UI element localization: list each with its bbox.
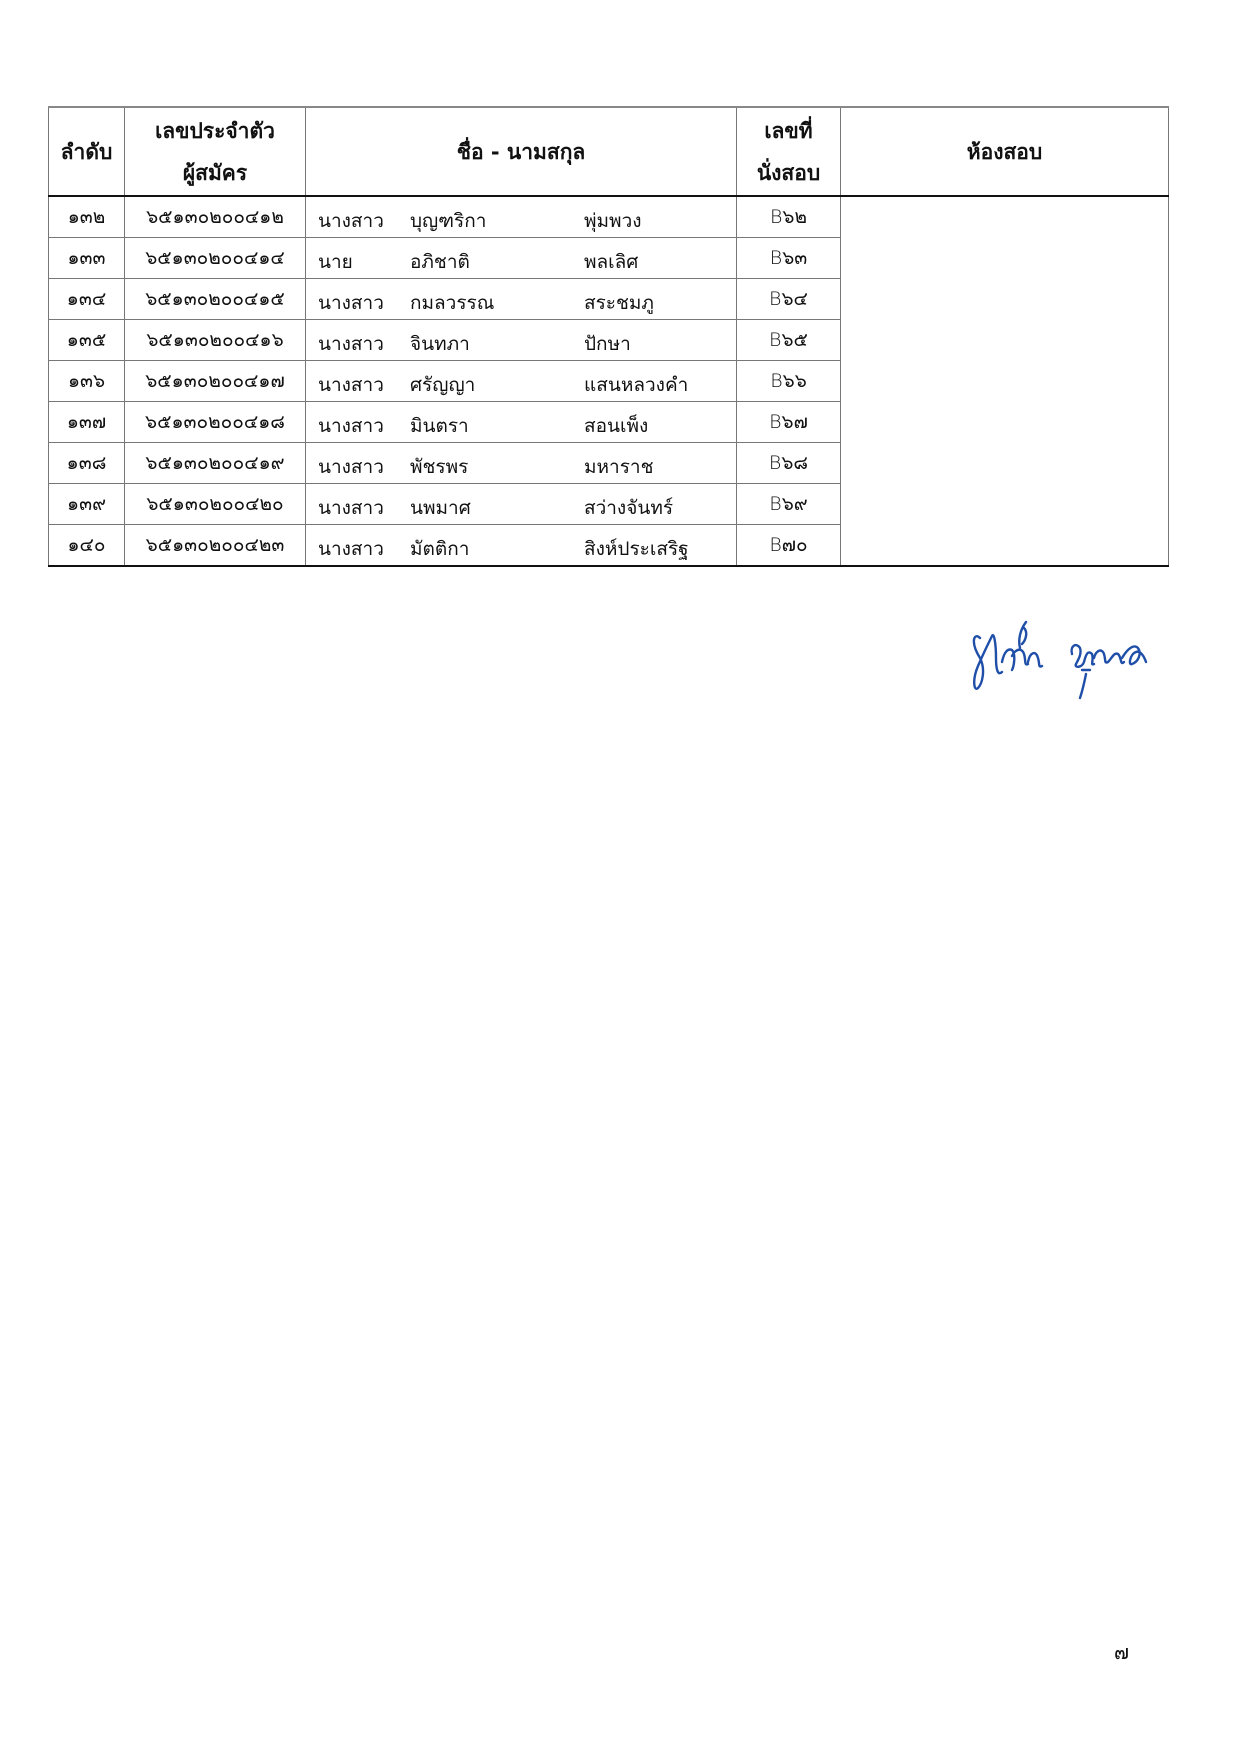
name-cell: นางสาวมินตราสอนเพ็ง	[306, 402, 737, 443]
last-name: มหาราช	[584, 452, 654, 482]
seat-cell: B๖๘	[737, 443, 841, 484]
first-name: ศรัญญา	[410, 370, 475, 400]
first-name: กมลวรรณ	[410, 288, 494, 318]
name-prefix: นางสาว	[318, 370, 384, 400]
seq-cell: ๑๓๓	[49, 238, 125, 279]
name-prefix: นางสาว	[318, 534, 384, 564]
table-header-row: ลำดับ เลขประจำตัว ผู้สมัคร ชื่อ - นามสกุ…	[49, 107, 1169, 196]
seq-cell: ๑๓๙	[49, 484, 125, 525]
table-body: ๑๓๒๖๕๑๓๐๒๐๐๔๑๒นางสาวบุญฑริกาพุ่มพวงB๖๒๑๓…	[49, 196, 1169, 566]
first-name: บุญฑริกา	[410, 206, 486, 236]
name-cell: นายอภิชาติพลเลิศ	[306, 238, 737, 279]
header-seat-line1: เลขที่	[737, 110, 840, 152]
seat-cell: B๖๙	[737, 484, 841, 525]
seq-cell: ๑๓๕	[49, 320, 125, 361]
last-name: สิงห์ประเสริฐ	[584, 534, 689, 564]
applicant-id-cell: ๖๕๑๓๐๒๐๐๔๑๙	[125, 443, 306, 484]
name-prefix: นางสาว	[318, 288, 384, 318]
table-row: ๑๓๒๖๕๑๓๐๒๐๐๔๑๒นางสาวบุญฑริกาพุ่มพวงB๖๒	[49, 196, 1169, 238]
document-page: ลำดับ เลขประจำตัว ผู้สมัคร ชื่อ - นามสกุ…	[0, 0, 1241, 1754]
name-prefix: นางสาว	[318, 411, 384, 441]
applicant-id-cell: ๖๕๑๓๐๒๐๐๔๑๗	[125, 361, 306, 402]
exam-seating-table: ลำดับ เลขประจำตัว ผู้สมัคร ชื่อ - นามสกุ…	[48, 106, 1169, 567]
name-prefix: นางสาว	[318, 493, 384, 523]
name-cell: นางสาวบุญฑริกาพุ่มพวง	[306, 196, 737, 238]
name-prefix: นางสาว	[318, 329, 384, 359]
seat-cell: B๗๐	[737, 525, 841, 567]
first-name: มัตติกา	[410, 534, 469, 564]
seq-cell: ๑๓๗	[49, 402, 125, 443]
applicant-id-cell: ๖๕๑๓๐๒๐๐๔๑๒	[125, 196, 306, 238]
header-seat-line2: นั่งสอบ	[737, 152, 840, 194]
seat-cell: B๖๒	[737, 196, 841, 238]
name-prefix: นางสาว	[318, 206, 384, 236]
name-prefix: นาย	[318, 247, 353, 277]
last-name: พุ่มพวง	[584, 206, 642, 236]
seat-cell: B๖๕	[737, 320, 841, 361]
seat-cell: B๖๓	[737, 238, 841, 279]
seq-cell: ๑๓๔	[49, 279, 125, 320]
seq-cell: ๑๓๒	[49, 196, 125, 238]
last-name: สว่างจันทร์	[584, 493, 673, 523]
last-name: พลเลิศ	[584, 247, 638, 277]
name-cell: นางสาวจินทภาปักษา	[306, 320, 737, 361]
name-cell: นางสาวกมลวรรณสระชมภู	[306, 279, 737, 320]
signature-icon	[972, 618, 1152, 703]
header-applicant-id: เลขประจำตัว ผู้สมัคร	[125, 107, 306, 196]
last-name: สระชมภู	[584, 288, 654, 318]
first-name: จินทภา	[410, 329, 470, 359]
header-room: ห้องสอบ	[841, 107, 1169, 196]
first-name: พัชรพร	[410, 452, 468, 482]
applicant-id-cell: ๖๕๑๓๐๒๐๐๔๑๕	[125, 279, 306, 320]
name-prefix: นางสาว	[318, 452, 384, 482]
seat-cell: B๖๗	[737, 402, 841, 443]
seq-cell: ๑๔๐	[49, 525, 125, 567]
header-seq: ลำดับ	[49, 107, 125, 196]
last-name: แสนหลวงคำ	[584, 370, 688, 400]
header-applicant-id-line1: เลขประจำตัว	[125, 110, 305, 152]
first-name: นพมาศ	[410, 493, 471, 523]
header-name: ชื่อ - นามสกุล	[306, 107, 737, 196]
seq-cell: ๑๓๖	[49, 361, 125, 402]
first-name: มินตรา	[410, 411, 469, 441]
applicant-id-cell: ๖๕๑๓๐๒๐๐๔๒๓	[125, 525, 306, 567]
name-cell: นางสาวศรัญญาแสนหลวงคำ	[306, 361, 737, 402]
room-cell	[841, 196, 1169, 566]
last-name: ปักษา	[584, 329, 631, 359]
name-cell: นางสาวมัตติกาสิงห์ประเสริฐ	[306, 525, 737, 567]
seat-cell: B๖๔	[737, 279, 841, 320]
applicant-id-cell: ๖๕๑๓๐๒๐๐๔๑๔	[125, 238, 306, 279]
seq-cell: ๑๓๘	[49, 443, 125, 484]
seat-cell: B๖๖	[737, 361, 841, 402]
header-seat: เลขที่ นั่งสอบ	[737, 107, 841, 196]
name-cell: นางสาวพัชรพรมหาราช	[306, 443, 737, 484]
applicant-id-cell: ๖๕๑๓๐๒๐๐๔๒๐	[125, 484, 306, 525]
last-name: สอนเพ็ง	[584, 411, 648, 441]
applicant-id-cell: ๖๕๑๓๐๒๐๐๔๑๖	[125, 320, 306, 361]
name-cell: นางสาวนพมาศสว่างจันทร์	[306, 484, 737, 525]
first-name: อภิชาติ	[410, 247, 470, 277]
applicant-id-cell: ๖๕๑๓๐๒๐๐๔๑๘	[125, 402, 306, 443]
header-applicant-id-line2: ผู้สมัคร	[125, 152, 305, 194]
page-number: ๗	[1114, 1636, 1129, 1668]
